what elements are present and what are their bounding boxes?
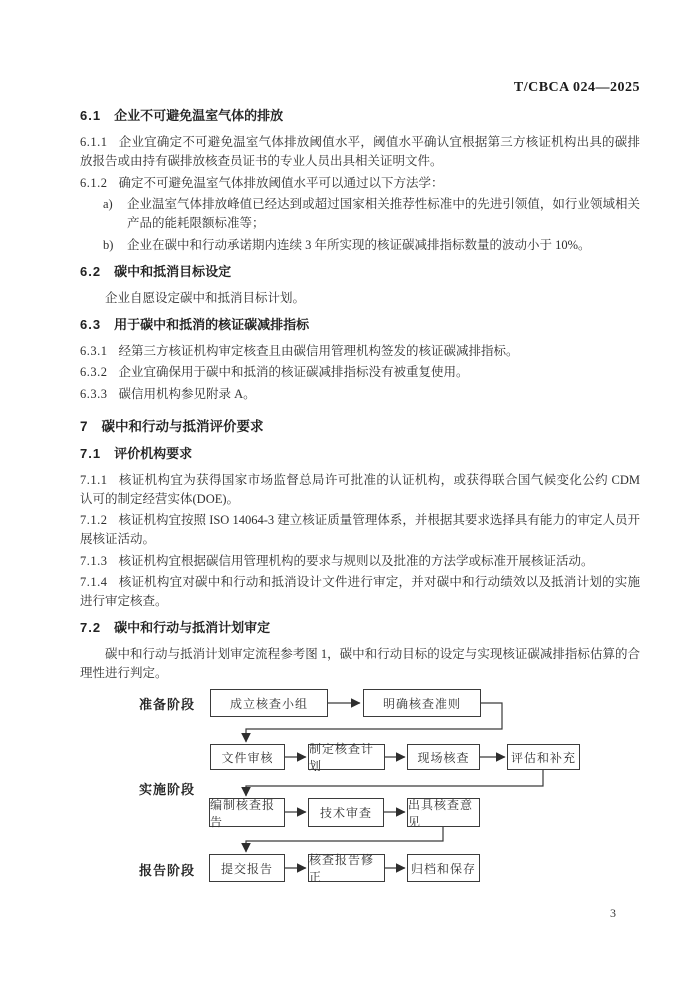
clause-6-3-1: 6.3.1经第三方核证机构审定核查且由碳信用管理机构签发的核证碳减排指标。 [80, 342, 640, 361]
chapter-heading-7: 7碳中和行动与抵消评价要求 [80, 418, 640, 435]
paragraph-text: 企业自愿设定碳中和抵消目标计划。 [105, 291, 305, 305]
clause-text: 企业宜确保用于碳中和抵消的核证碳减排指标没有被重复使用。 [119, 365, 469, 379]
list-item-b: b)企业在碳中和行动承诺期内连续 3 年所实现的核证碳减排指标数量的波动小于 1… [80, 236, 640, 255]
clause-7-1-4: 7.1.4核证机构宜对碳中和行动和抵消设计文件进行审定，并对碳中和行动绩效以及抵… [80, 573, 640, 611]
chapter-title: 碳中和行动与抵消评价要求 [102, 419, 264, 434]
flowchart-box-archive-save: 归档和保存 [407, 854, 480, 882]
paragraph-7-2: 碳中和行动与抵消计划审定流程参考图 1，碳中和行动目标的设定与实现核证碳减排指标… [80, 645, 640, 683]
paragraph-6-2: 企业自愿设定碳中和抵消目标计划。 [80, 289, 640, 308]
section-heading-6-3: 6.3用于碳中和抵消的核证碳减排指标 [80, 316, 640, 333]
section-heading-7-2: 7.2碳中和行动与抵消计划审定 [80, 619, 640, 636]
section-title: 碳中和抵消目标设定 [114, 264, 231, 279]
flowchart-box-document-review: 文件审核 [210, 744, 285, 770]
clause-number: 6.1.1 [80, 135, 108, 149]
section-number: 6.2 [80, 263, 101, 280]
flowchart-box-draft-audit-report: 编制核查报告 [209, 798, 285, 827]
clause-6-3-3: 6.3.3碳信用机构参见附录 A。 [80, 385, 640, 404]
clause-number: 6.3.2 [80, 365, 108, 379]
clause-number: 6.3.1 [80, 344, 108, 358]
clause-7-1-3: 7.1.3核证机构宜根据碳信用管理机构的要求与规则以及批准的方法学或标准开展核证… [80, 552, 640, 571]
page-number: 3 [610, 906, 616, 921]
clause-6-3-2: 6.3.2企业宜确保用于碳中和抵消的核证碳减排指标没有被重复使用。 [80, 363, 640, 382]
list-text: 企业在碳中和行动承诺期内连续 3 年所实现的核证碳减排指标数量的波动小于 10%… [127, 236, 640, 255]
flowchart-box-make-audit-plan: 制定核查计划 [308, 744, 385, 770]
clause-text: 核证机构宜按照 ISO 14064-3 建立核证质量管理体系，并根据其要求选择具… [80, 513, 640, 546]
clause-6-1-2: 6.1.2确定不可避免温室气体排放阈值水平可以通过以下方法学： [80, 174, 640, 193]
flowchart-box-evaluate-supplement: 评估和补充 [507, 744, 580, 770]
document-header: T/CBCA 024—2025 [80, 80, 640, 95]
clause-number: 7.1.1 [80, 473, 108, 487]
clause-text: 企业宜确定不可避免温室气体排放阈值水平，阈值水平确认宜根据第三方核证机构出具的碳… [80, 135, 640, 168]
clause-number: 7.1.4 [80, 575, 108, 589]
flowchart-box-form-audit-team: 成立核查小组 [210, 689, 328, 717]
clause-number: 7.1.3 [80, 554, 108, 568]
section-heading-6-2: 6.2碳中和抵消目标设定 [80, 263, 640, 280]
audit-process-flowchart: 准备阶段 实施阶段 报告阶段 成立核查小组 明确核查准则 文件审核 制定核查计划… [0, 689, 700, 884]
clause-6-1-1: 6.1.1企业宜确定不可避免温室气体排放阈值水平，阈值水平确认宜根据第三方核证机… [80, 133, 640, 171]
clause-text: 核证机构宜对碳中和行动和抵消设计文件进行审定，并对碳中和行动绩效以及抵消计划的实… [80, 575, 640, 608]
section-title: 评价机构要求 [114, 446, 192, 461]
document-page: T/CBCA 024—2025 6.1企业不可避免温室气体的排放 6.1.1企业… [0, 0, 700, 990]
section-heading-6-1: 6.1企业不可避免温室气体的排放 [80, 107, 640, 124]
chapter-number: 7 [80, 418, 89, 435]
clause-text: 确定不可避免温室气体排放阈值水平可以通过以下方法学： [119, 176, 444, 190]
clause-text: 核证机构宜根据碳信用管理机构的要求与规则以及批准的方法学或标准开展核证活动。 [119, 554, 594, 568]
flowchart-box-onsite-audit: 现场核查 [407, 744, 480, 770]
paragraph-text: 碳中和行动与抵消计划审定流程参考图 1，碳中和行动目标的设定与实现核证碳减排指标… [80, 647, 640, 680]
clause-7-1-1: 7.1.1核证机构宜为获得国家市场监督总局许可批准的认证机构，或获得联合国气候变… [80, 471, 640, 509]
section-number: 6.3 [80, 316, 101, 333]
standard-code: T/CBCA 024—2025 [514, 80, 640, 95]
flowchart-box-issue-audit-opinion: 出具核查意见 [407, 798, 480, 827]
clause-text: 经第三方核证机构审定核查且由碳信用管理机构签发的核证碳减排指标。 [119, 344, 519, 358]
list-marker: a) [103, 195, 127, 233]
flowchart-box-submit-report: 提交报告 [209, 854, 285, 882]
clause-text: 核证机构宜为获得国家市场监督总局许可批准的认证机构，或获得联合国气候变化公约 C… [80, 473, 640, 506]
section-heading-7-1: 7.1评价机构要求 [80, 445, 640, 462]
clause-number: 6.3.3 [80, 387, 108, 401]
clause-text: 碳信用机构参见附录 A。 [119, 387, 256, 401]
stage-label-reporting: 报告阶段 [139, 860, 195, 879]
flowchart-box-technical-review: 技术审查 [308, 798, 384, 827]
section-number: 7.1 [80, 445, 101, 462]
section-number: 6.1 [80, 107, 101, 124]
list-item-a: a)企业温室气体排放峰值已经达到或超过国家相关推荐性标准中的先进引领值，如行业领… [80, 195, 640, 233]
clause-7-1-2: 7.1.2核证机构宜按照 ISO 14064-3 建立核证质量管理体系，并根据其… [80, 511, 640, 549]
list-text: 企业温室气体排放峰值已经达到或超过国家相关推荐性标准中的先进引领值，如行业领域相… [127, 195, 640, 233]
clause-number: 7.1.2 [80, 513, 108, 527]
section-title: 碳中和行动与抵消计划审定 [114, 620, 270, 635]
flowchart-box-revise-audit-report: 核查报告修正 [308, 854, 385, 882]
clause-number: 6.1.2 [80, 176, 108, 190]
section-number: 7.2 [80, 619, 101, 636]
stage-label-preparation: 准备阶段 [139, 694, 195, 713]
stage-label-implementation: 实施阶段 [139, 779, 195, 798]
list-marker: b) [103, 236, 127, 255]
section-title: 企业不可避免温室气体的排放 [114, 108, 283, 123]
flowchart-box-define-audit-criteria: 明确核查准则 [363, 689, 481, 717]
document-content: T/CBCA 024—2025 6.1企业不可避免温室气体的排放 6.1.1企业… [0, 0, 700, 884]
section-title: 用于碳中和抵消的核证碳减排指标 [114, 317, 309, 332]
